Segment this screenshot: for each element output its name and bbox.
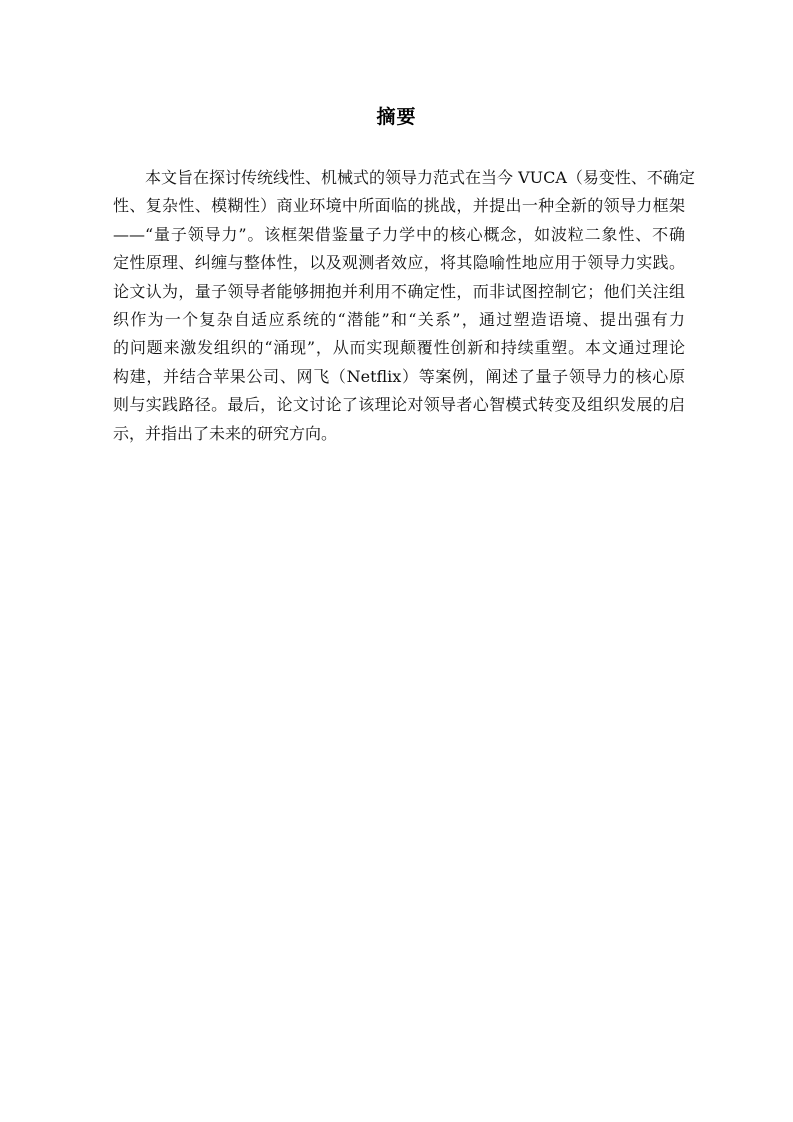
abstract-line-6: 织作为一个复杂自适应系统的“潜能”和“关系”，通过塑造语境、提出强有力 (113, 306, 685, 334)
abstract-body: 本文旨在探讨传统线性、机械式的领导力范式在当今 VUCA（易变性、不确定 性、复… (113, 164, 685, 448)
abstract-line-1: 本文旨在探讨传统线性、机械式的领导力范式在当今 VUCA（易变性、不确定 (113, 164, 685, 192)
document-page: 摘要 本文旨在探讨传统线性、机械式的领导力范式在当今 VUCA（易变性、不确定 … (0, 0, 793, 1122)
abstract-line-5: 论文认为，量子领导者能够拥抱并利用不确定性，而非试图控制它；他们关注组 (113, 278, 685, 306)
abstract-line-10: 示，并指出了未来的研究方向。 (113, 420, 685, 448)
abstract-title: 摘要 (0, 104, 793, 130)
abstract-line-4: 定性原理、纠缠与整体性，以及观测者效应，将其隐喻性地应用于领导力实践。 (113, 249, 685, 277)
abstract-line-2: 性、复杂性、模糊性）商业环境中所面临的挑战，并提出一种全新的领导力框架 (113, 192, 685, 220)
abstract-line-7: 的问题来激发组织的“涌现”，从而实现颠覆性创新和持续重塑。本文通过理论 (113, 334, 685, 362)
abstract-line-3: ——“量子领导力”。该框架借鉴量子力学中的核心概念，如波粒二象性、不确 (113, 221, 685, 249)
abstract-line-9: 则与实践路径。最后，论文讨论了该理论对领导者心智模式转变及组织发展的启 (113, 391, 685, 419)
abstract-line-8: 构建，并结合苹果公司、网飞（Netflix）等案例，阐述了量子领导力的核心原 (113, 363, 685, 391)
